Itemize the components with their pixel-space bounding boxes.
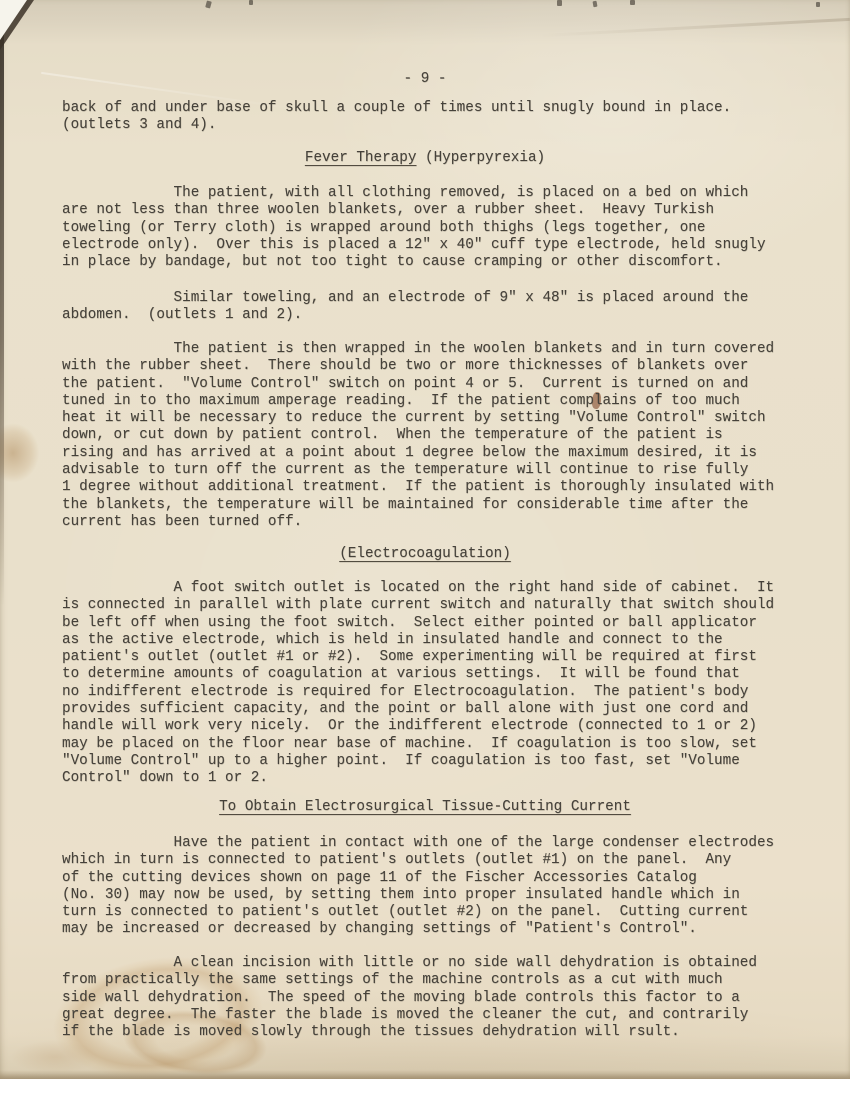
paragraph-fever-1: The patient, with all clothing removed, … (62, 185, 766, 271)
continuation-paragraph: back of and under base of skull a couple… (62, 100, 731, 135)
paragraph-fever-2: Similar toweling, and an electrode of 9"… (62, 290, 748, 325)
heading-underlined-text: (Electrocoagulation) (339, 546, 511, 562)
paragraph-electrocoagulation-1: A foot switch outlet is located on the r… (62, 580, 774, 788)
paragraph-cutting-1: Have the patient in contact with one of … (62, 835, 774, 939)
section-heading-electrocoagulation: (Electrocoagulation) (0, 546, 850, 563)
folded-corner (0, 0, 27, 40)
typewritten-content: - 9 - back of and under base of skull a … (0, 0, 850, 1079)
page-number: - 9 - (0, 71, 850, 88)
heading-underlined-text: To Obtain Electrosurgical Tissue-Cutting… (219, 799, 631, 815)
paper-sheet: - 9 - back of and under base of skull a … (0, 0, 850, 1079)
paragraph-fever-3: The patient is then wrapped in the woole… (62, 341, 774, 531)
scan-edge-shadow (0, 16, 4, 606)
paragraph-cutting-2: A clean incision with little or no side … (62, 955, 757, 1041)
scanned-document-page: - 9 - back of and under base of skull a … (0, 0, 850, 1100)
heading-underlined-text: Fever Therapy (305, 150, 417, 166)
heading-suffix-text: (Hyperpyrexia) (416, 150, 545, 166)
section-heading-cutting-current: To Obtain Electrosurgical Tissue-Cutting… (0, 799, 850, 816)
section-heading-fever-therapy: Fever Therapy (Hyperpyrexia) (0, 150, 850, 167)
paper-bottom-edge (0, 1070, 850, 1079)
